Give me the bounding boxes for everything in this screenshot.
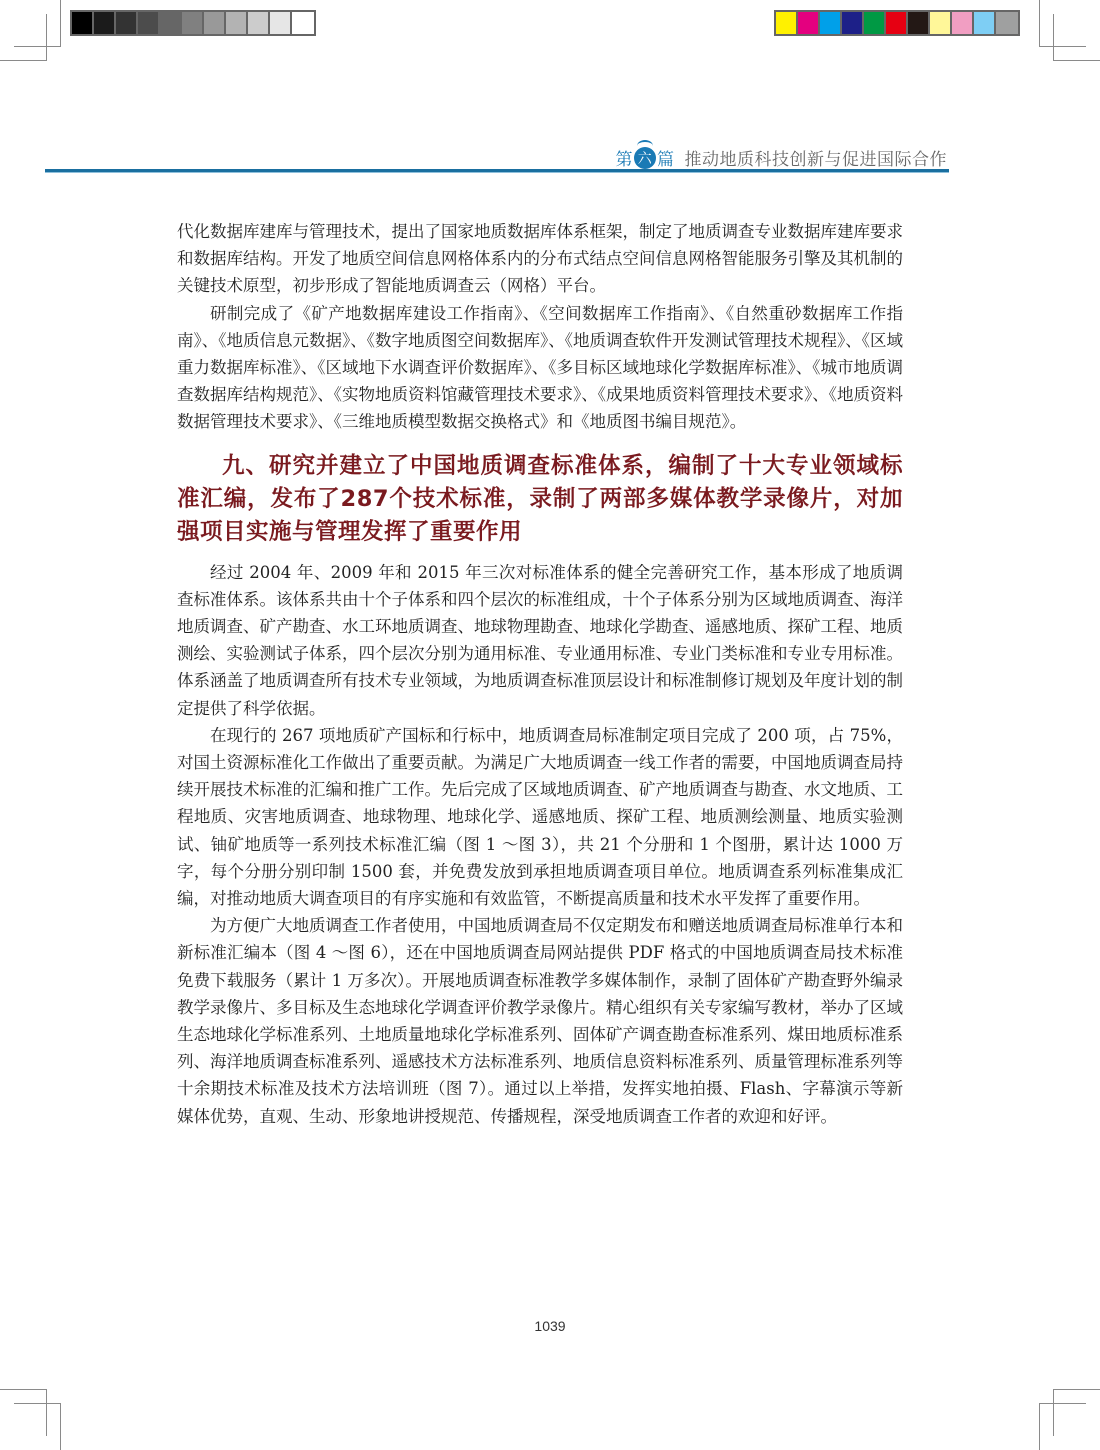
color-swatch	[930, 12, 952, 34]
color-swatch	[94, 12, 116, 34]
color-swatch	[776, 12, 798, 34]
color-swatch	[248, 12, 270, 34]
body-paragraph: 为方便广大地质调查工作者使用，中国地质调查局不仅定期发布和赠送地质调查局标准单行…	[177, 912, 903, 1130]
header-title: 第 六 篇 推动地质科技创新与促进国际合作	[616, 145, 948, 170]
color-swatch	[138, 12, 160, 34]
body-paragraph: 经过 2004 年、2009 年和 2015 年三次对标准体系的健全完善研究工作…	[177, 559, 903, 722]
color-swatch	[270, 12, 292, 34]
color-swatch	[842, 12, 864, 34]
body-paragraph: 代化数据库建库与管理技术，提出了国家地质数据库体系框架，制定了地质调查专业数据库…	[177, 218, 903, 300]
color-swatch	[798, 12, 820, 34]
section-heading: 九、研究并建立了中国地质调查标准体系，编制了十大专业领域标准汇编，发布了287个…	[177, 450, 903, 549]
part-number-badge-icon: 六	[634, 147, 656, 169]
color-swatch	[292, 12, 314, 34]
color-swatch	[820, 12, 842, 34]
part-suffix: 篇	[657, 145, 675, 170]
color-swatch	[886, 12, 908, 34]
color-swatch	[116, 12, 138, 34]
section-title: 推动地质科技创新与促进国际合作	[685, 145, 948, 170]
body-paragraph: 研制完成了《矿产地数据库建设工作指南》、《空间数据库工作指南》、《自然重砂数据库…	[177, 300, 903, 436]
part-prefix: 第	[616, 145, 634, 170]
color-swatch	[182, 12, 204, 34]
color-swatch	[72, 12, 94, 34]
page-number: 1039	[0, 1318, 1100, 1334]
color-swatch	[226, 12, 248, 34]
color-swatch	[908, 12, 930, 34]
body-paragraph: 在现行的 267 项地质矿产国标和行标中，地质调查局标准制定项目完成了 200 …	[177, 722, 903, 912]
running-header: 第 六 篇 推动地质科技创新与促进国际合作	[45, 143, 949, 173]
color-swatch	[160, 12, 182, 34]
color-swatch	[974, 12, 996, 34]
color-calibration-bar	[774, 10, 1020, 36]
grayscale-calibration-bar	[70, 10, 316, 36]
color-swatch	[864, 12, 886, 34]
color-swatch	[996, 12, 1018, 34]
header-rule	[45, 169, 949, 173]
color-swatch	[204, 12, 226, 34]
page-content: 代化数据库建库与管理技术，提出了国家地质数据库体系框架，制定了地质调查专业数据库…	[177, 218, 903, 1130]
color-swatch	[952, 12, 974, 34]
